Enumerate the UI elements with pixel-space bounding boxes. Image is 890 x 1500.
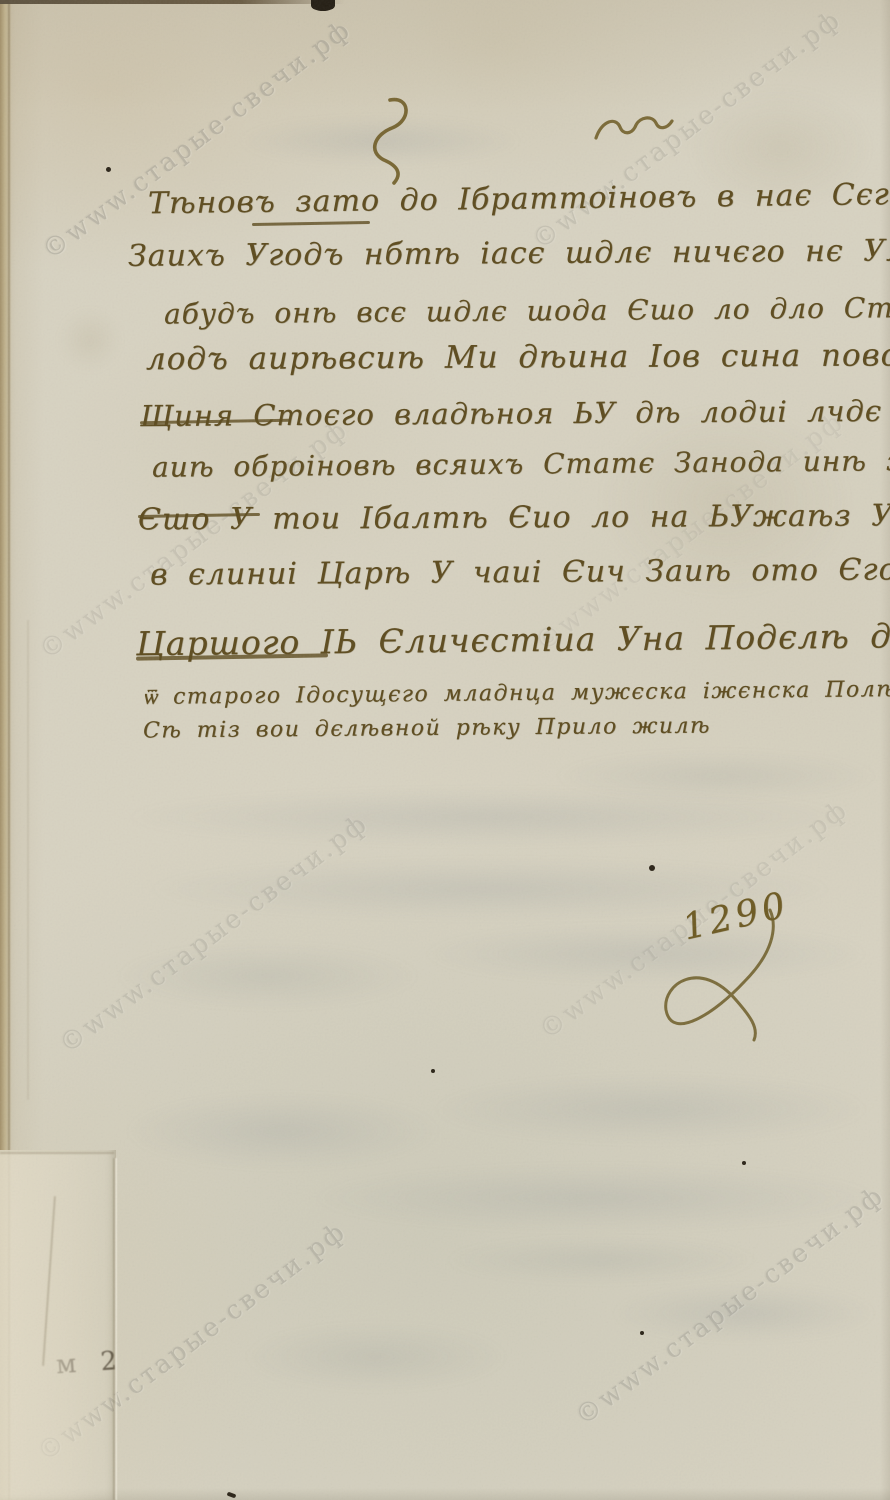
bleed-through-smudge [240,118,520,164]
manuscript-page: ©www.старые-свечи.рф ©www.старые-свечи.р… [0,0,890,1500]
watermark: ©www.старые-свечи.рф [54,808,374,1060]
manuscript-line-4: лодъ аирѣвсиѣ Ми дѣина Іов сина повоѣ Іп… [146,337,890,378]
manuscript-line-11: Сѣ тіз вои дєлѣвной рѣку Прило жилѣ [143,714,711,744]
bleed-through-smudge [614,1286,874,1340]
bleed-through-smudge [246,1324,506,1390]
crease-line [113,1158,115,1500]
bottom-left-fold [0,1150,116,1500]
ink-flourish-curl [352,94,414,186]
pen-underline [252,221,370,226]
watermark: ©www.старые-свечи.рф [570,1180,890,1432]
manuscript-line-5: Щиня Стоєго владѣноя ЬУ дѣ лодиі лчдє Уу… [140,393,890,433]
ink-speck [742,1161,746,1165]
watermark: ©www.старые-свечи.рф [32,1216,352,1468]
corner-ink-mark: м 2 [55,1346,126,1381]
crease-highlight [115,1158,117,1500]
ink-flourish-squiggle [592,110,676,148]
bleed-through-smudge [446,1238,756,1282]
manuscript-line-2: Заихъ Угодъ нбтѣ іасє шдлє ничєго нє Умо… [128,233,890,274]
manuscript-line-8: в єлиниі Царѣ У чаиі Єич Заиѣ ото Єго [150,552,890,592]
crease-line [0,1152,114,1154]
paper-grain-texture [0,0,890,1500]
bleed-through-smudge [128,1094,438,1168]
ink-speck [106,167,111,172]
ink-speck [431,1069,435,1073]
bleed-through-smudge [556,752,876,800]
ink-stain [60,310,120,370]
ink-speck [649,865,655,871]
watermark: ©www.старые-свечи.рф [527,4,847,256]
page-left-edge [0,0,12,1500]
bleed-through-smudge [426,926,866,982]
manuscript-line-1: Тѣновъ зато до Ібраттоіновъ в нає Сєго в… [148,174,890,221]
bleed-through-smudge [316,1166,876,1230]
ink-speck [640,1331,644,1335]
page-top-edge [0,0,345,4]
manuscript-line-10: ѿ старого Ідосущєго младнца мужєска іжєн… [143,676,890,710]
ink-speck [227,1492,237,1499]
paper-aging-texture [0,0,890,1500]
page-top-edge-blob [311,0,335,11]
manuscript-line-9: Царшого ІЬ Єличєстіиа Уна Подєлѣ до а [136,616,890,664]
crease-line [27,620,29,1100]
manuscript-line-3: абудъ онѣ всє шдлє шода Єшо ло дло Сторо… [164,290,890,330]
bleed-through-smudge [118,944,418,1008]
crease-line [42,1196,56,1366]
manuscript-line-7: Єшо У тои Ібалтѣ Єио ло на ЬУжаѣз Уио Ра… [138,498,890,538]
foliation-number: 1290 [679,884,793,948]
bleed-through-smudge [436,1076,866,1142]
manuscript-line-6: аиѣ оброіновѣ всяихъ Статє Занода инѣ зв… [152,443,890,483]
watermark: ©www.старые-свечи.рф [37,14,357,266]
page-left-edge-line [8,0,10,1500]
bleed-through-smudge [128,790,848,844]
